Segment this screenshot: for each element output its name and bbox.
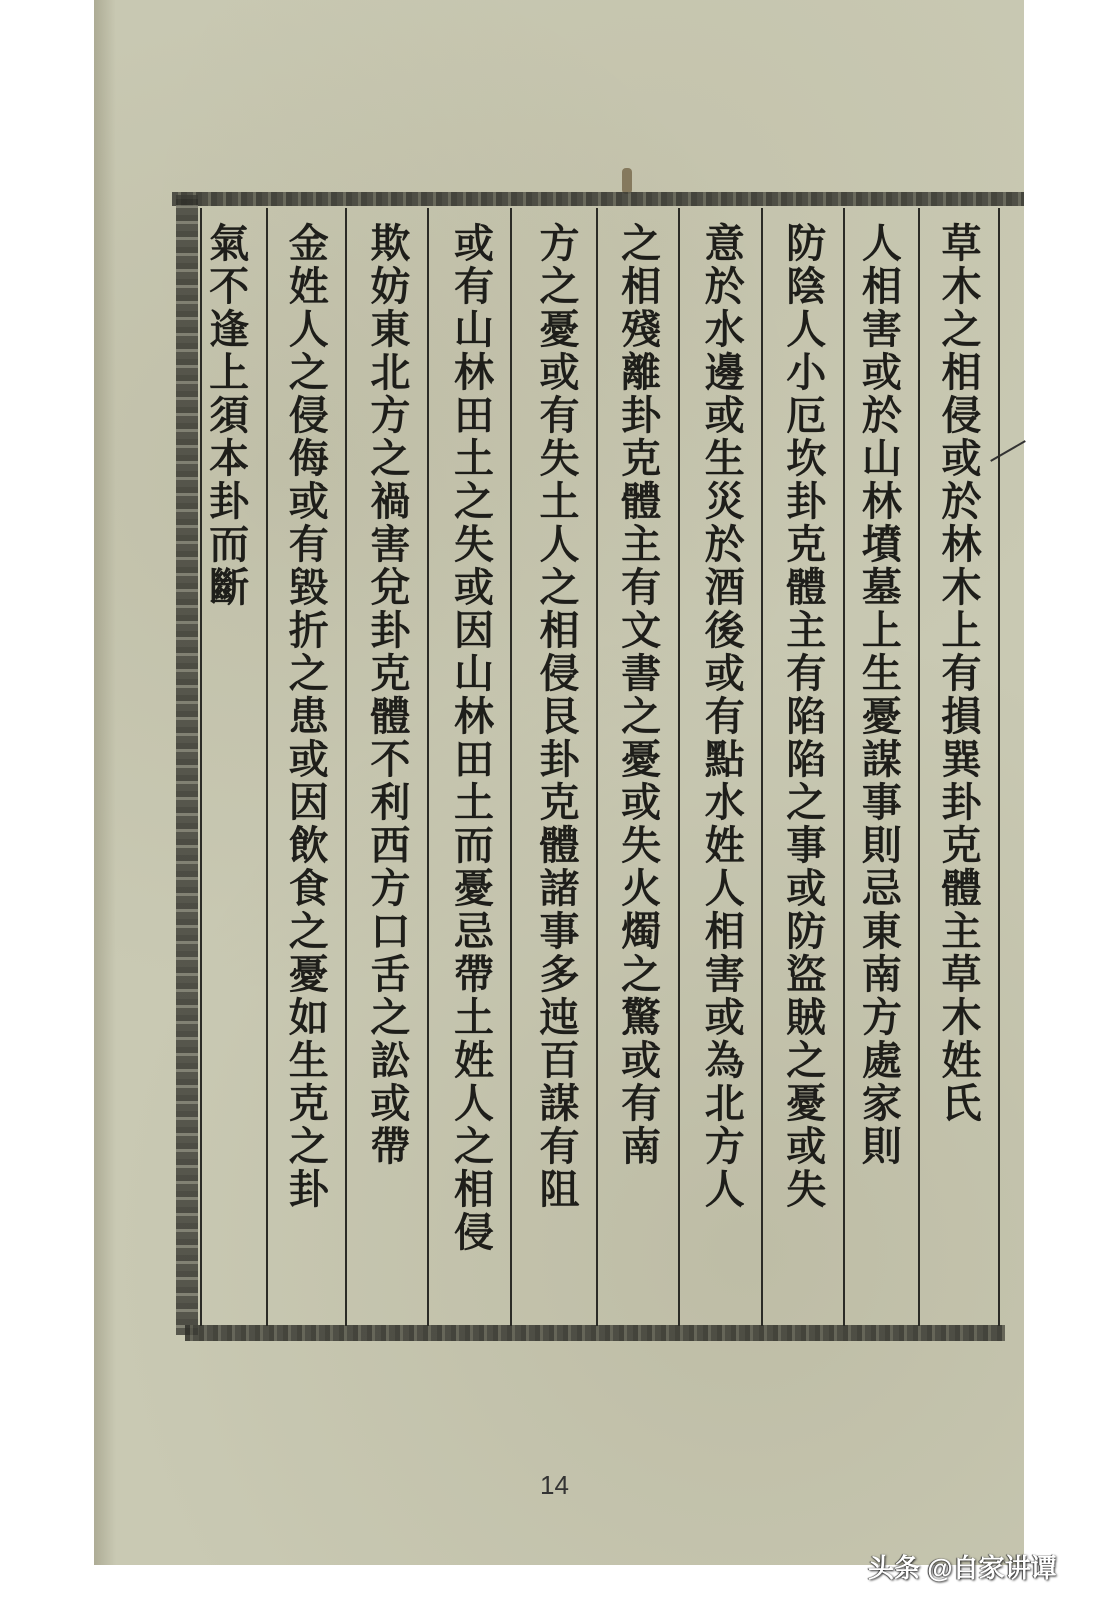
page-spine-shadow — [94, 0, 116, 1565]
text-column-4: 意於水邊或生災於酒後或有點水姓人相害或為北方人 — [678, 208, 762, 1326]
text-column-5: 之相殘離卦克體主有文書之憂或失火燭之驚或有南 — [596, 208, 678, 1326]
text-column-1: 草木之相侵或於林木上有損巽卦克體主草木姓氏 — [918, 208, 1000, 1326]
page-number: 14 — [540, 1470, 569, 1501]
paper-stain — [622, 168, 632, 194]
text-column-8: 欺妨東北方之禍害兌卦克體不利西方口舌之訟或帶 — [345, 208, 427, 1326]
text-column-7: 或有山林田土之失或因山林田土而憂忌帶土姓人之相侵 — [427, 208, 511, 1326]
frame-border-left — [176, 195, 198, 1335]
text-block: 草木之相侵或於林木上有損巽卦克體主草木姓氏 人相害或於山林墳墓上生憂謀事則忌東南… — [200, 208, 1000, 1326]
text-column-9: 金姓人之侵侮或有毀折之患或因飲食之憂如生克之卦 — [266, 208, 346, 1326]
frame-border-top — [172, 192, 1024, 206]
watermark: 头条 @自家讲谭 — [868, 1548, 1057, 1585]
text-column-2: 人相害或於山林墳墓上生憂謀事則忌東南方處家則 — [843, 208, 919, 1326]
text-column-10: 氣不逢上須本卦而斷 — [200, 208, 266, 1326]
text-column-6: 方之憂或有失土人之相侵艮卦克體諸事多迍百謀有阻 — [510, 208, 596, 1326]
text-column-3: 防陰人小厄坎卦克體主有陷陷之事或防盜賊之憂或失 — [761, 208, 843, 1326]
frame-border-bottom — [185, 1325, 1005, 1341]
